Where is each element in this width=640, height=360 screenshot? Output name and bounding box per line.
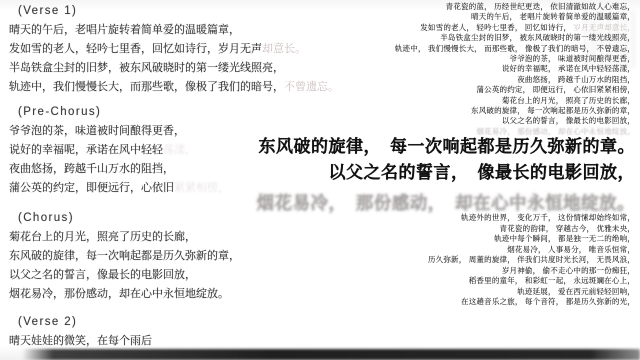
section-verse-1: (Verse 1) 晴天的午后，老唱片旋转着简单爱的温暖篇章， 发如雪的老人，轻… — [9, 2, 344, 97]
lyric-tail: 荡漾， — [163, 144, 196, 156]
lyric-text: 东风破的旋律， 每一次响起都是历久弥新的章， — [471, 106, 635, 115]
lyric-tail: 紧紧相傍， — [174, 182, 229, 194]
lyric-line: 青花瓷的韵律， 穿越古今， 优雅未央， — [428, 224, 635, 235]
section-label: (Pre-Chorus) — [9, 103, 344, 122]
lyric-text: 以父之名的誓言，像最长的电影回放， — [9, 269, 196, 281]
lyric-text: 轨迹中，我们慢慢长大，而那些歌，像极了我们的暗号， — [9, 81, 284, 93]
lyric-text: 蒲公英的约定，即便远行，心依旧 — [9, 182, 174, 194]
lyric-text: 夜曲悠扬，跨越千山万水的阻挡， — [9, 163, 174, 175]
lyric-text: 发如雪的老人，轻吟七里香，回忆如诗行，岁月无声 — [9, 43, 262, 55]
lyric-line: 以父之名的誓言， 像最长的电影回放， — [395, 116, 635, 126]
lyric-text: 以父之名的誓言， 像最长的电影回放， — [502, 116, 635, 125]
lyric-line: 轨迹外的世界， 变化万千， 这份情愫却始终如常， — [428, 213, 635, 224]
lyric-line: 东风破的旋律，每一次响起都是历久弥新的章， — [9, 247, 344, 266]
lyric-line: 夜曲悠扬， 跨越千山万水的阻挡， — [395, 75, 635, 85]
lyric-line: 烟花易冷，那份感动，却在心中永恒地绽放。 — [9, 285, 344, 304]
letterbox-bar — [22, 349, 640, 360]
section-label: (Verse 1) — [9, 2, 344, 21]
lyric-text: 半岛铁盒尘封的旧梦，被东风破晓时的第一缕光线照亮， — [9, 62, 284, 74]
lyric-line: 东风破的旋律， 每一次响起都是历久弥新的章， — [395, 106, 635, 116]
lyric-text: 夜曲悠扬， 跨越千山万水的阻挡， — [517, 75, 635, 84]
lyric-text: 说好的幸福呢，承诺在风中轻轻 — [9, 144, 163, 156]
lyric-text: 晴天娃娃的微笑，在每个雨后 — [9, 335, 152, 347]
lyric-line: 岁月神偷， 偷不走心中的那一份痴狂， — [428, 266, 635, 277]
lyric-line: 轨迹中每个瞬间， 都是独一无二的绝响， — [428, 234, 635, 245]
chorus-highlight-overlay: 东风破的旋律， 每一次响起都是历久弥新的章。 以父之名的誓言， 像最长的电影回放… — [257, 134, 636, 216]
lyric-text: 爷爷泡的茶，味道被时间酿得更香， — [9, 125, 185, 137]
lyric-tail: 不曾遗忘。 — [284, 81, 339, 93]
section-verse-2: (Verse 2) 晴天娃娃的微笑，在每个雨后 — [9, 313, 344, 351]
lyric-text: 蒲公英的约定， 即便远行， 心依旧紧紧相傍， — [476, 85, 635, 94]
section-label: (Verse 2) — [9, 313, 344, 332]
highlight-line: 东风破的旋律， 每一次响起都是历久弥新的章。 — [257, 134, 636, 160]
lyric-line: 发如雪的老人，轻吟七里香，回忆如诗行，岁月无声却意长。 — [9, 40, 344, 59]
lyric-line: 晴天的午后，老唱片旋转着简单爱的温暖篇章， — [9, 21, 344, 40]
lyric-line: 历久弥新， 周董的旋律， 伴我们共度时光长河， 无畏风浪， — [428, 255, 635, 266]
highlight-line: 以父之名的誓言， 像最长的电影回放， — [257, 160, 636, 186]
section-chorus: (Chorus) 菊花台上的月光，照亮了历史的长廊， 东风破的旋律，每一次响起都… — [9, 209, 344, 304]
lyric-line: 蒲公英的约定， 即便远行， 心依旧紧紧相傍， — [395, 85, 635, 95]
lyric-text: 发如雪的老人， 轻吟七里香， 回忆如诗行， — [420, 23, 573, 32]
watermark-artifact — [584, 10, 638, 68]
lyric-text: 烟花易冷，那份感动，却在心中永恒地绽放。 — [9, 288, 229, 300]
lyric-text: 东风破的旋律，每一次响起都是历久弥新的章， — [9, 250, 240, 262]
lyric-tail: 却意长。 — [262, 43, 306, 55]
lyric-text: 晴天的午后，老唱片旋转着简单爱的温暖篇章， — [9, 24, 240, 36]
lyrics-right-column-bottom: 轨迹外的世界， 变化万千， 这份情愫却始终如常， 青花瓷的韵律， 穿越古今， 优… — [428, 213, 635, 308]
lyric-line: 菊花台上的月光， 照亮了历史的长廊， — [395, 96, 635, 106]
lyric-line: 菊花台上的月光，照亮了历史的长廊， — [9, 228, 344, 247]
video-frame: (Verse 1) 晴天的午后，老唱片旋转着简单爱的温暖篇章， 发如雪的老人，轻… — [0, 0, 640, 360]
lyric-line: 在这趟音乐之旅， 每个音符， 都是历久弥新的光， — [428, 297, 635, 308]
lyric-text: 菊花台上的月光， 照亮了历史的长廊， — [502, 96, 635, 105]
lyric-line: 烟花易冷， 人事易分， 唯音乐恒常， — [428, 245, 635, 256]
lyric-line: 轨迹中，我们慢慢长大，而那些歌，像极了我们的暗号，不曾遗忘。 — [9, 78, 344, 97]
lyric-line: 以父之名的誓言，像最长的电影回放， — [9, 266, 344, 285]
lyric-text: 菊花台上的月光，照亮了历史的长廊， — [9, 231, 196, 243]
lyric-line: 轨迹延展， 爱在西元前轻轻回响， — [428, 287, 635, 298]
lyric-line: 稻香里的童年， 和彩虹一起， 永远斑斓在心上， — [428, 276, 635, 287]
lyric-line: 半岛铁盒尘封的旧梦，被东风破晓时的第一缕光线照亮， — [9, 59, 344, 78]
